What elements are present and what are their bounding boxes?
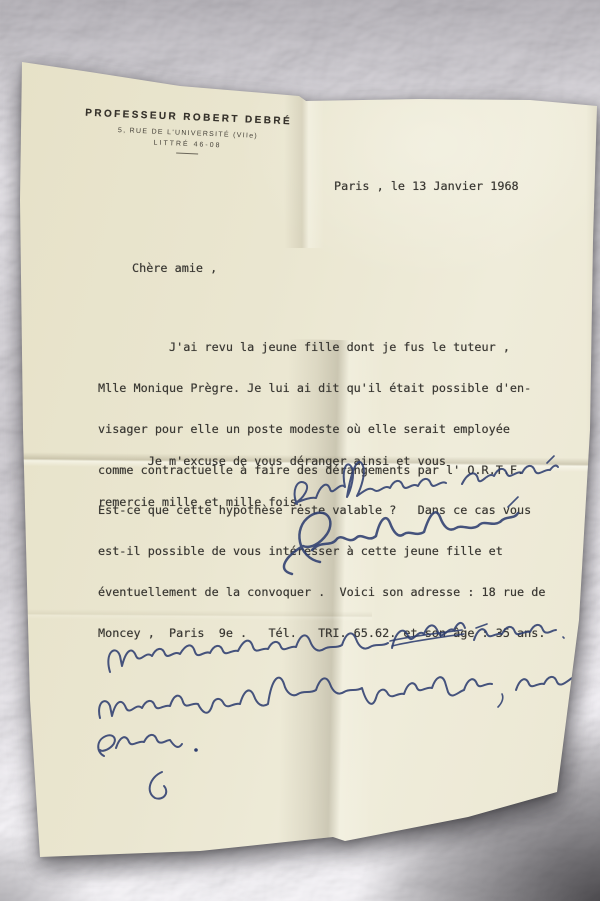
salutation: Chère amie , — [132, 262, 217, 276]
photo-of-letter: PROFESSEUR ROBERT DEBRÉ 5, RUE DE L'UNIV… — [0, 0, 600, 901]
postscript-transcription: chers . — [0, 0, 1, 1]
dateline: Paris , le 13 Janvier 1968 — [334, 180, 519, 194]
letterhead: PROFESSEUR ROBERT DEBRÉ 5, RUE DE L'UNIV… — [65, 107, 311, 159]
postscript-transcription: Merci pour votre gentille carte de vœux … — [0, 0, 1, 1]
typed-line: remercie mille et mille fois. — [98, 496, 446, 510]
typed-line: éventuellement de la convoquer . Voici s… — [98, 586, 545, 600]
typed-line: Mlle Monique Prègre. Je lui ai dit qu'il… — [98, 382, 545, 396]
body-paragraph-2: Je m'excuse de vous déranger ainsi et vo… — [98, 428, 446, 537]
letter-paper-wrap: PROFESSEUR ROBERT DEBRÉ 5, RUE DE L'UNIV… — [0, 0, 600, 901]
handwritten-postscript-line-3 — [98, 735, 198, 756]
postscript-transcription: Nous vous disons les nôtres les plus vif… — [0, 0, 1, 1]
typed-line: Moncey , Paris 9e . Tél. TRI. 65.62. et … — [98, 627, 545, 641]
typed-line: est-il possible de vous intéresser à cet… — [98, 545, 545, 559]
typed-line: Je m'excuse de vous déranger ainsi et vo… — [98, 455, 446, 469]
letterhead-name: PROFESSEUR ROBERT DEBRÉ — [67, 107, 311, 128]
signature-transcription: Robert Debré — [0, 0, 1, 1]
valediction-transcription: En affectueux souvenir — [0, 0, 1, 1]
typed-line: J'ai revu la jeune fille dont je fus le … — [98, 341, 545, 355]
ink-curl-mark — [150, 772, 167, 799]
letter-paper: PROFESSEUR ROBERT DEBRÉ 5, RUE DE L'UNIV… — [0, 0, 600, 901]
letterhead-rule — [176, 153, 198, 155]
